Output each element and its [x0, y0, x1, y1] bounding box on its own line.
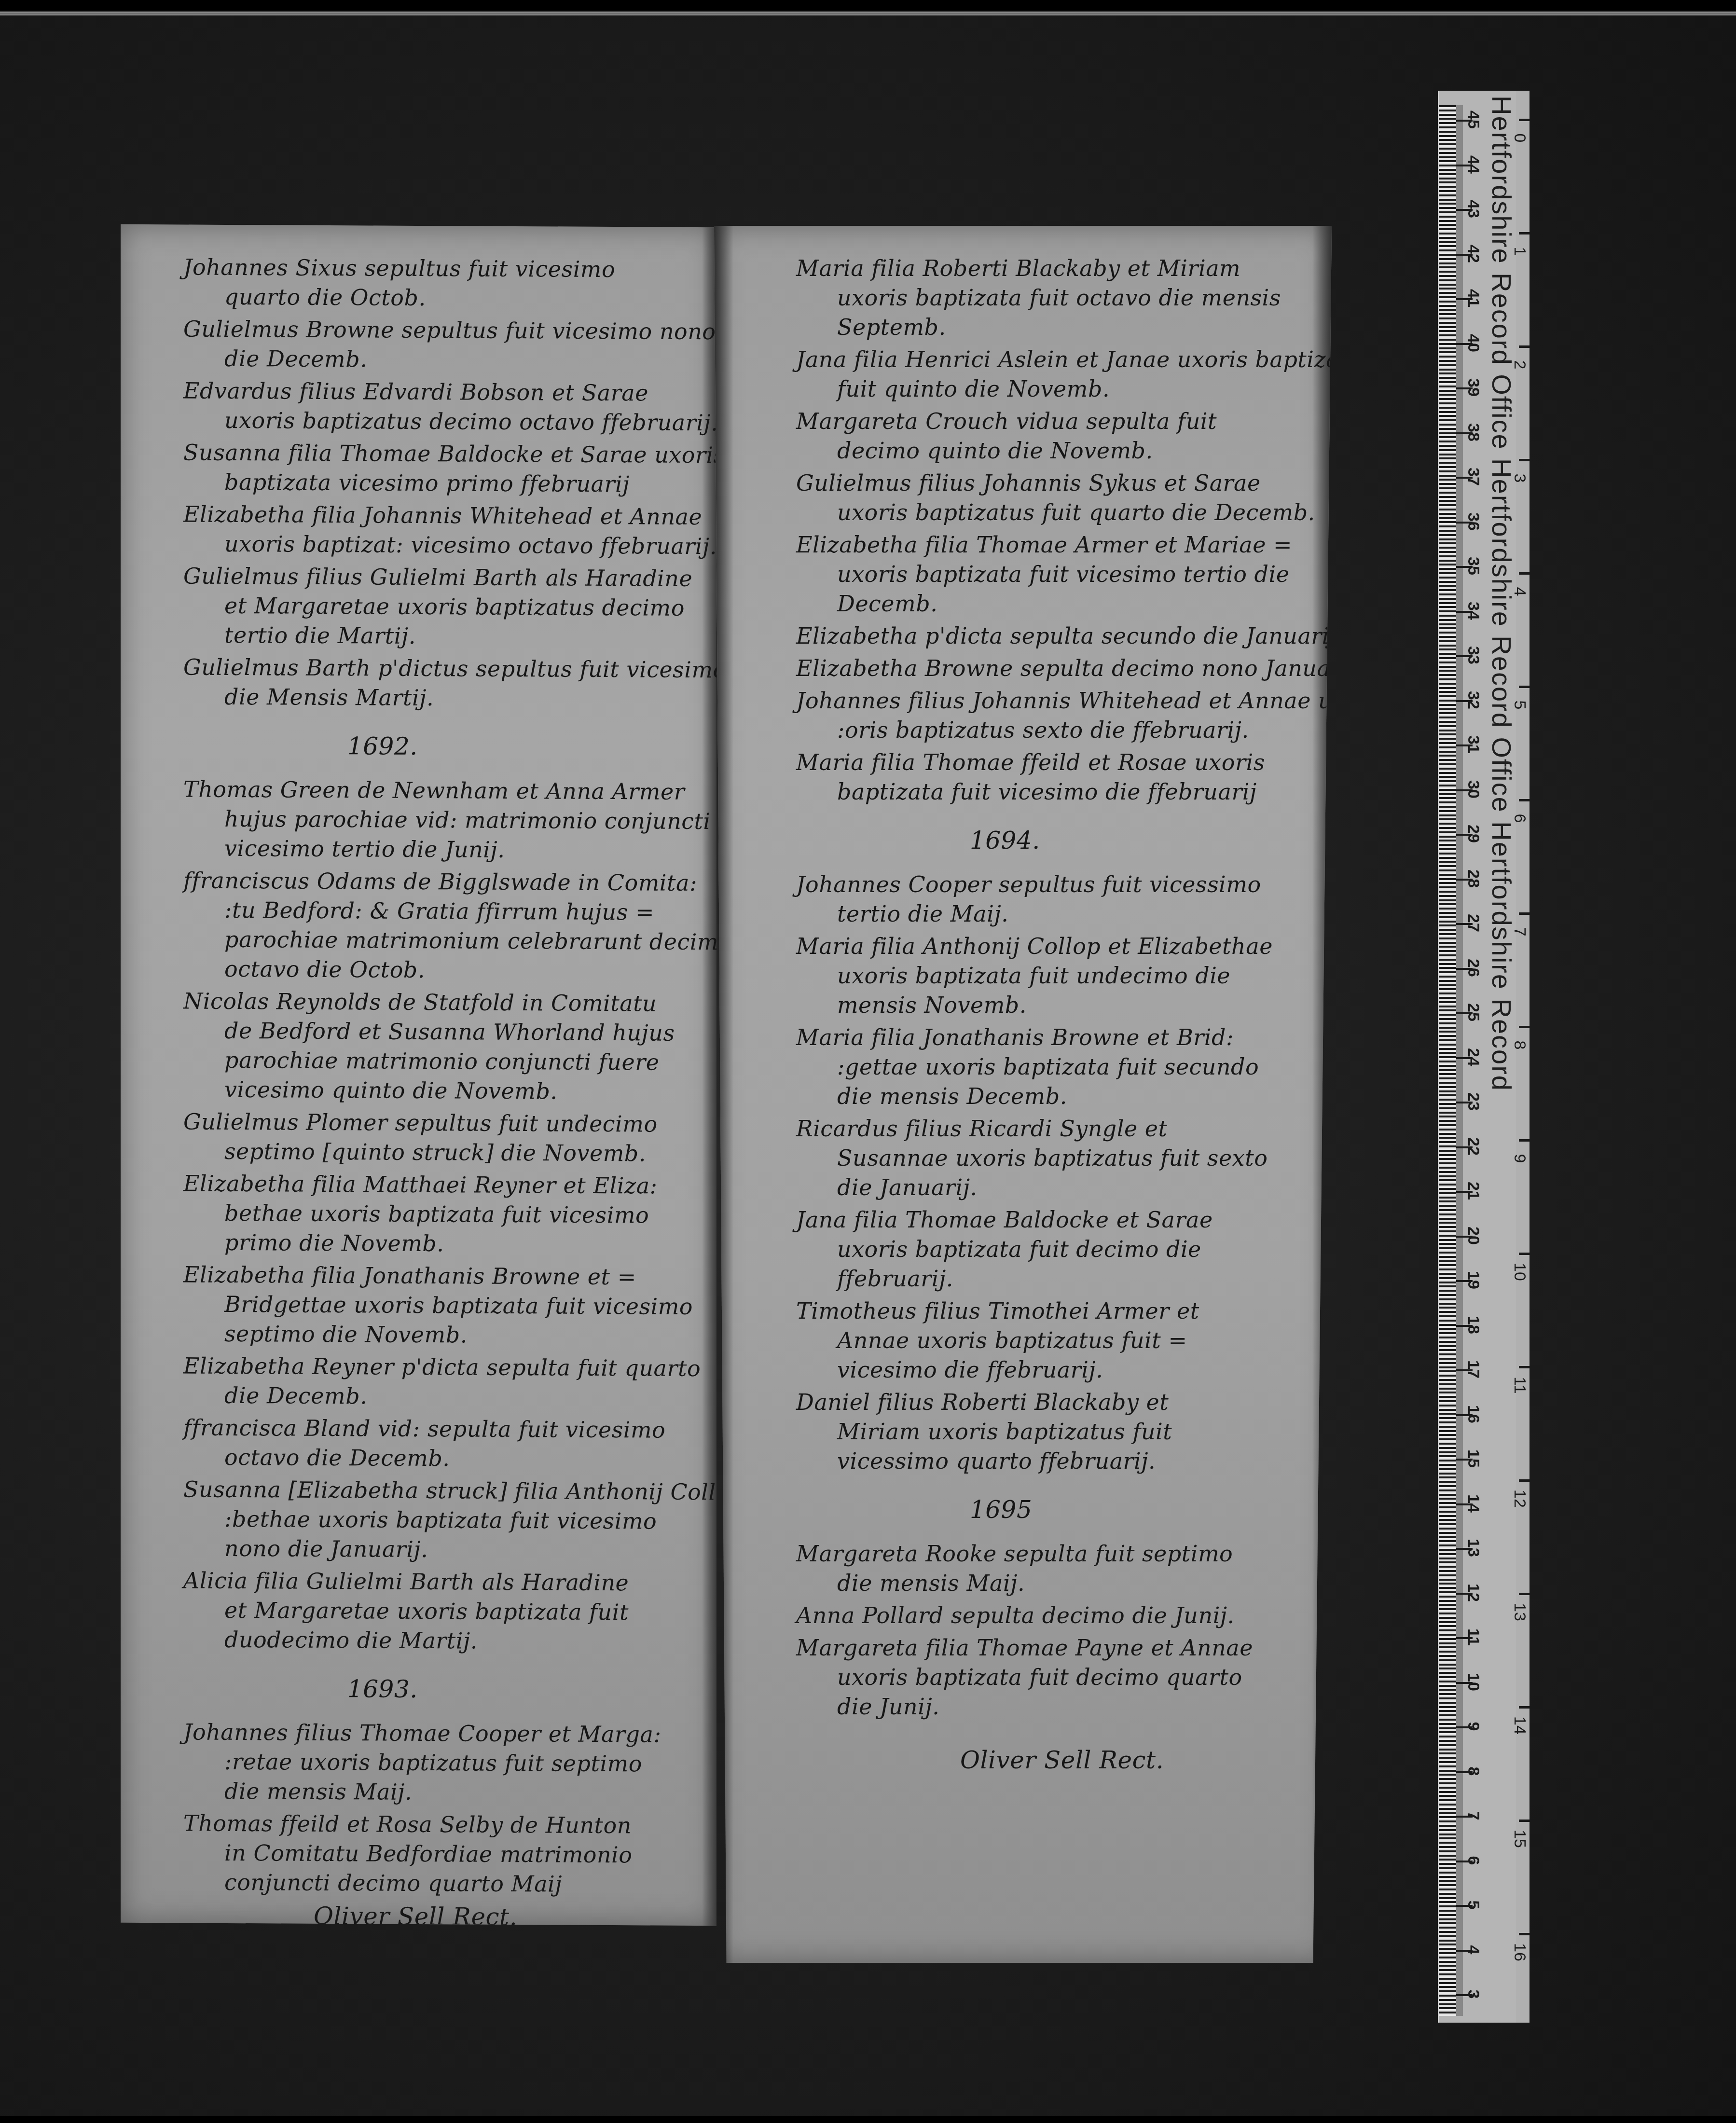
entry-line: die Decemb.: [183, 344, 695, 376]
entry-line: uxoris baptizata fuit vicesimo tertio di…: [796, 560, 1308, 589]
register-entry: Elizabetha filia Jonathanis Browne et =B…: [183, 1260, 695, 1351]
register-entry: Maria filia Roberti Blackaby et Miriamux…: [796, 254, 1308, 342]
entry-line: bethae uxoris baptizata fuit vicesimo: [183, 1198, 695, 1230]
register-entry: Jana filia Henrici Aslein et Janae uxori…: [796, 345, 1308, 404]
register-entry: Gulielmus Plomer sepultus fuit undecimos…: [183, 1107, 695, 1169]
ruler-cm-label: 12: [1464, 1582, 1483, 1603]
ruler-cm-label: 27: [1464, 912, 1483, 934]
register-entry: Gulielmus Barth p'dictus sepultus fuit v…: [183, 652, 695, 714]
entry-line: Maria filia Anthonij Collop et Elizabeth…: [796, 932, 1308, 961]
entry-line: baptizata fuit vicesimo die ffebruarij: [796, 777, 1308, 807]
ruler-inch-tick: [1519, 1479, 1529, 1482]
ruler-inch-tick: [1519, 1706, 1529, 1709]
ruler-cm-label: 44: [1464, 154, 1483, 175]
right-entries-group: Maria filia Roberti Blackaby et Miriamux…: [796, 254, 1308, 807]
ruler-cm-label: 20: [1464, 1225, 1483, 1246]
entry-line: die Mensis Martij.: [183, 682, 695, 714]
entry-line: mensis Novemb.: [796, 991, 1308, 1020]
entry-line: ffrancisca Bland vid: sepulta fuit vices…: [183, 1413, 695, 1445]
ruler-inch-tick: [1519, 912, 1529, 915]
ruler-cm-label: 25: [1464, 1002, 1483, 1023]
left-entries-group: Johannes Sixus sepultus fuit vicesimoqua…: [183, 252, 695, 714]
film-edge-top: [0, 0, 1736, 11]
ruler-inch-label: 5: [1510, 695, 1529, 715]
entry-line: baptizata vicesimo primo ffebruarij: [183, 467, 695, 499]
ruler-inch-tick: [1519, 1253, 1529, 1255]
ruler-inch-tick: [1519, 345, 1529, 348]
entry-line: Edvardus filius Edvardi Bobson et Sarae: [183, 376, 695, 408]
entry-line: Gulielmus Browne sepultus fuit vicesimo …: [183, 314, 695, 346]
ruler-inch-tick: [1519, 232, 1529, 234]
entry-line: parochiae matrimonio conjuncti fuere: [183, 1045, 695, 1077]
entry-line: Johannes Cooper sepultus fuit vicessimo: [796, 870, 1308, 899]
entry-line: Maria filia Roberti Blackaby et Miriam: [796, 254, 1308, 283]
register-entry: Ricardus filius Ricardi Syngle etSusanna…: [796, 1114, 1308, 1202]
register-entry: Susanna [Elizabetha struck] filia Anthon…: [183, 1475, 695, 1566]
ruler-inch-label: 6: [1510, 809, 1529, 828]
ruler-inch-label: 8: [1510, 1035, 1529, 1055]
ruler-inch-label: 10: [1510, 1262, 1529, 1282]
entry-line: :tu Bedford: & Gratia ffirrum hujus =: [183, 895, 695, 927]
ruler-cm-label: 43: [1464, 198, 1483, 220]
ruler-cm-label: 45: [1464, 109, 1483, 130]
ruler-inch-label: 15: [1510, 1829, 1529, 1848]
ruler-shade-band: [1456, 105, 1463, 2016]
entry-line: Decemb.: [796, 589, 1308, 619]
entry-line: Gulielmus Barth p'dictus sepultus fuit v…: [183, 652, 695, 685]
entry-line: Nicolas Reynolds de Statfold in Comitatu: [183, 986, 695, 1019]
measurement-ruler: 4544434241403938373635343332313029282726…: [1438, 91, 1529, 2023]
entry-line: Maria filia Jonathanis Browne et Brid:: [796, 1023, 1308, 1052]
entry-line: Ricardus filius Ricardi Syngle et: [796, 1114, 1308, 1144]
ruler-cm-label: 5: [1464, 1894, 1483, 1916]
entry-line: Johannes filius Johannis Whitehead et An…: [796, 686, 1308, 716]
entry-line: Johannes filius Thomae Cooper et Marga:: [183, 1717, 695, 1750]
register-entry: Nicolas Reynolds de Statfold in Comitatu…: [183, 986, 695, 1107]
ruler-cm-label: 19: [1464, 1269, 1483, 1291]
entry-line: Jana filia Thomae Baldocke et Sarae: [796, 1205, 1308, 1235]
ruler-inch-label: 16: [1510, 1943, 1529, 1962]
ruler-cm-label: 17: [1464, 1359, 1483, 1380]
register-entry: Elizabetha Browne sepulta decimo nono Ja…: [796, 654, 1308, 683]
entry-line: Elizabetha Browne sepulta decimo nono Ja…: [796, 654, 1308, 683]
ruler-cm-label: 3: [1464, 1984, 1483, 2005]
entry-line: die Junij.: [796, 1692, 1308, 1722]
entry-line: Septemb.: [796, 313, 1308, 342]
year-heading-1695: 1695: [796, 1495, 1308, 1525]
ruler-cm-label: 9: [1464, 1716, 1483, 1737]
entry-line: vicesimo quinto die Novemb.: [183, 1075, 695, 1107]
year-heading-1692: 1692.: [183, 731, 695, 763]
entry-line: et Margaretae uxoris baptizatus decimo: [183, 591, 695, 623]
register-entry: Thomas ffeild et Rosa Selby de Huntonin …: [183, 1808, 695, 1900]
register-entry: Daniel filius Roberti Blackaby etMiriam …: [796, 1388, 1308, 1476]
entry-line: uxoris baptizata fuit decimo quarto: [796, 1663, 1308, 1692]
ruler-inch-label: 14: [1510, 1716, 1529, 1735]
register-entry: Elizabetha p'dicta sepulta secundo die J…: [796, 621, 1308, 651]
register-entry: Elizabetha filia Thomae Armer et Mariae …: [796, 530, 1308, 619]
entry-line: Susanna filia Thomae Baldocke et Sarae u…: [183, 438, 695, 470]
register-entry: Johannes Sixus sepultus fuit vicesimoqua…: [183, 252, 695, 314]
entry-line: Timotheus filius Timothei Armer et: [796, 1296, 1308, 1326]
entry-line: Gulielmus Plomer sepultus fuit undecimo: [183, 1107, 695, 1139]
register-entry: Johannes Cooper sepultus fuit vicessimot…: [796, 870, 1308, 929]
entry-line: ffebruarij.: [796, 1264, 1308, 1294]
entry-line: Elizabetha filia Matthaei Reyner et Eliz…: [183, 1169, 695, 1201]
right-entries-1695-group: Margareta Rooke sepulta fuit septimodie …: [796, 1539, 1308, 1722]
entry-line: primo die Novemb.: [183, 1227, 695, 1260]
entry-line: in Comitatu Bedfordiae matrimonio: [183, 1838, 695, 1870]
entry-line: vicessimo quarto ffebruarij.: [796, 1447, 1308, 1476]
ruler-mm-ticks: [1439, 105, 1456, 2016]
entry-line: vicesimo die ffebruarij.: [796, 1355, 1308, 1385]
register-entry: Alicia filia Gulielmi Barth als Haradine…: [183, 1566, 695, 1657]
register-entry: Margareta Rooke sepulta fuit septimodie …: [796, 1539, 1308, 1598]
ruler-inch-label: 12: [1510, 1489, 1529, 1508]
ruler-cm-label: 28: [1464, 868, 1483, 889]
ruler-cm-label: 35: [1464, 555, 1483, 577]
ruler-inch-tick: [1519, 1139, 1529, 1142]
film-edge-line: [0, 12, 1736, 15]
ruler-cm-label: 29: [1464, 823, 1483, 844]
entry-line: Miriam uxoris baptizatus fuit: [796, 1417, 1308, 1447]
entry-line: Elizabetha filia Johannis Whitehead et A…: [183, 499, 695, 532]
ruler-inch-tick: [1519, 1933, 1529, 1935]
entry-line: ffranciscus Odams de Bigglswade in Comit…: [183, 866, 695, 898]
register-entry: Timotheus filius Timothei Armer etAnnae …: [796, 1296, 1308, 1385]
ruler-cm-label: 4: [1464, 1939, 1483, 1960]
ruler-inch-label: 7: [1510, 922, 1529, 941]
entry-line: Thomas Green de Newnham et Anna Armer: [183, 774, 695, 807]
ruler-cm-label: 16: [1464, 1404, 1483, 1425]
entry-line: :gettae uxoris baptizata fuit secundo: [796, 1052, 1308, 1082]
ruler-inch-tick: [1519, 572, 1529, 575]
entry-line: septimo [quinto struck] die Novemb.: [183, 1136, 695, 1169]
entry-line: Elizabetha filia Jonathanis Browne et =: [183, 1260, 695, 1292]
entry-line: uxoris baptizatus fuit quarto die Decemb…: [796, 498, 1308, 527]
ruler-cm-label: 14: [1464, 1493, 1483, 1514]
entry-line: Margareta Crouch vidua sepulta fuit: [796, 407, 1308, 436]
entry-line: uxoris baptizatus decimo octavo ffebruar…: [183, 405, 695, 438]
left-page-text: Johannes Sixus sepultus fuit vicesimoqua…: [183, 252, 695, 1926]
ruler-inch-tick: [1519, 799, 1529, 801]
entry-line: Gulielmus filius Gulielmi Barth als Hara…: [183, 561, 695, 593]
entry-line: decimo quinto die Novemb.: [796, 436, 1308, 466]
register-entry: Maria filia Jonathanis Browne et Brid::g…: [796, 1023, 1308, 1111]
ruler-inch-label: 0: [1510, 128, 1529, 148]
ruler-cm-label: 13: [1464, 1537, 1483, 1558]
register-entry: Susanna filia Thomae Baldocke et Sarae u…: [183, 438, 695, 499]
entry-line: nono die Januarij.: [183, 1533, 695, 1566]
page-fold-shadow: [702, 227, 716, 1926]
register-entry: Gulielmus filius Gulielmi Barth als Hara…: [183, 561, 695, 652]
ruler-inch-tick: [1519, 1593, 1529, 1595]
right-page-text: Maria filia Roberti Blackaby et Miriamux…: [796, 254, 1308, 1775]
entry-line: Elizabetha Reyner p'dicta sepulta fuit q…: [183, 1351, 695, 1383]
entry-line: Daniel filius Roberti Blackaby et: [796, 1388, 1308, 1417]
ruler-inch-label: 9: [1510, 1149, 1529, 1168]
ruler-cm-label: 34: [1464, 600, 1483, 621]
ruler-cm-label: 23: [1464, 1091, 1483, 1112]
entry-line: uxoris baptizata fuit undecimo die: [796, 961, 1308, 991]
entry-line: conjuncti decimo quarto Maij: [183, 1867, 695, 1900]
entry-line: Anna Pollard sepulta decimo die Junij.: [796, 1601, 1308, 1630]
year-heading-1693: 1693.: [183, 1673, 695, 1706]
entry-line: octavo die Decemb.: [183, 1442, 695, 1475]
ruler-cm-label: 31: [1464, 734, 1483, 755]
ruler-cm-label: 18: [1464, 1314, 1483, 1336]
film-edge-bottom: [0, 2116, 1736, 2123]
ruler-inch-tick: [1519, 119, 1529, 121]
ruler-cm-label: 24: [1464, 1047, 1483, 1068]
ruler-cm-label: 36: [1464, 511, 1483, 532]
register-entry: Jana filia Thomae Baldocke et Saraeuxori…: [796, 1205, 1308, 1294]
entry-line: die mensis Decemb.: [796, 1082, 1308, 1111]
ruler-cm-label: 11: [1464, 1627, 1483, 1648]
ruler-cm-label: 33: [1464, 645, 1483, 666]
ruler-cm-label: 30: [1464, 779, 1483, 800]
entry-line: Bridgettae uxoris baptizata fuit vicesim…: [183, 1289, 695, 1322]
ruler-inch-tick: [1519, 686, 1529, 688]
ruler-inch-tick: [1519, 1026, 1529, 1028]
entry-line: tertio die Maij.: [796, 899, 1308, 929]
entry-line: :oris baptizatus sexto die ffebruarij.: [796, 716, 1308, 745]
ruler-inch-tick: [1519, 1366, 1529, 1368]
entry-line: die Decemb.: [183, 1380, 695, 1413]
entry-line: Maria filia Thomae ffeild et Rosae uxori…: [796, 748, 1308, 777]
ruler-cm-label: 37: [1464, 466, 1483, 487]
register-page-left: Johannes Sixus sepultus fuit vicesimoqua…: [121, 224, 716, 1926]
entry-line: octavo die Octob.: [183, 954, 695, 986]
entry-line: hujus parochiae vid: matrimonio conjunct…: [183, 804, 695, 836]
register-entry: Elizabetha filia Johannis Whitehead et A…: [183, 499, 695, 561]
register-entry: Gulielmus Browne sepultus fuit vicesimo …: [183, 314, 695, 376]
register-entry: Gulielmus filius Johannis Sykus et Sarae…: [796, 469, 1308, 527]
register-entry: Johannes filius Johannis Whitehead et An…: [796, 686, 1308, 745]
ruler-cm-label: 7: [1464, 1805, 1483, 1826]
entry-line: Gulielmus filius Johannis Sykus et Sarae: [796, 469, 1308, 498]
ruler-cm-label: 21: [1464, 1180, 1483, 1201]
entry-line: Alicia filia Gulielmi Barth als Haradine: [183, 1566, 695, 1598]
right-entries-1694-group: Johannes Cooper sepultus fuit vicessimot…: [796, 870, 1308, 1476]
ruler-inch-label: 2: [1510, 355, 1529, 374]
ruler-inch-label: 1: [1510, 242, 1529, 261]
register-entry: Maria filia Anthonij Collop et Elizabeth…: [796, 932, 1308, 1020]
left-entries-1692-group: Thomas Green de Newnham et Anna Armerhuj…: [183, 774, 695, 1657]
register-entry: Margareta filia Thomae Payne et Annaeuxo…: [796, 1633, 1308, 1722]
ruler-cm-label: 8: [1464, 1761, 1483, 1782]
entry-line: Johannes Sixus sepultus fuit vicesimo: [183, 252, 695, 285]
entry-line: die mensis Maij.: [183, 1776, 695, 1808]
entry-line: Elizabetha p'dicta sepulta secundo die J…: [796, 621, 1308, 651]
register-entry: Elizabetha filia Matthaei Reyner et Eliz…: [183, 1169, 695, 1260]
ruler-cm-label: 10: [1464, 1671, 1483, 1693]
register-entry: Anna Pollard sepulta decimo die Junij.: [796, 1601, 1308, 1630]
entry-line: uxoris baptizata fuit octavo die mensis: [796, 283, 1308, 313]
register-entry: Thomas Green de Newnham et Anna Armerhuj…: [183, 774, 695, 866]
ruler-cm-label: 38: [1464, 422, 1483, 443]
ruler-cm-label: 6: [1464, 1850, 1483, 1871]
entry-line: tertio die Martij.: [183, 620, 695, 652]
entry-line: parochiae matrimonium celebrarunt decimo: [183, 924, 695, 957]
ruler-inch-label: 13: [1510, 1602, 1529, 1622]
entry-line: Elizabetha filia Thomae Armer et Mariae …: [796, 530, 1308, 560]
ruler-inch-tick: [1519, 1820, 1529, 1822]
register-entry: Maria filia Thomae ffeild et Rosae uxori…: [796, 748, 1308, 807]
ruler-cm-label: 39: [1464, 377, 1483, 398]
rector-signature-right: Oliver Sell Rect.: [796, 1746, 1308, 1775]
ruler-cm-label: 26: [1464, 957, 1483, 979]
register-entry: Edvardus filius Edvardi Bobson et Saraeu…: [183, 376, 695, 438]
entry-line: quarto die Octob.: [183, 282, 695, 314]
entry-line: Susannae uxoris baptizatus fuit sexto: [796, 1144, 1308, 1173]
entry-line: :bethae uxoris baptizata fuit vicesimo: [183, 1504, 695, 1536]
register-entry: Elizabetha Reyner p'dicta sepulta fuit q…: [183, 1351, 695, 1413]
register-entry: Johannes filius Thomae Cooper et Marga::…: [183, 1717, 695, 1808]
entry-line: Thomas ffeild et Rosa Selby de Hunton: [183, 1808, 695, 1841]
entry-line: Susanna [Elizabetha struck] filia Anthon…: [183, 1475, 695, 1507]
ruler-cm-label: 32: [1464, 689, 1483, 711]
entry-line: uxoris baptizat: vicesimo octavo ffebrua…: [183, 529, 695, 561]
entry-line: die Januarij.: [796, 1173, 1308, 1202]
entry-line: :retae uxoris baptizatus fuit septimo: [183, 1747, 695, 1779]
register-entry: ffranciscus Odams de Bigglswade in Comit…: [183, 866, 695, 986]
entry-line: Annae uxoris baptizatus fuit =: [796, 1326, 1308, 1355]
left-entries-1693-group: Johannes filius Thomae Cooper et Marga::…: [183, 1717, 695, 1900]
entry-line: de Bedford et Susanna Whorland hujus: [183, 1016, 695, 1048]
entry-line: uxoris baptizata fuit decimo die: [796, 1235, 1308, 1264]
entry-line: duodecimo die Martij.: [183, 1625, 695, 1657]
rector-signature-left: Oliver Sell Rect.: [183, 1901, 695, 1926]
ruler-inch-label: 3: [1510, 469, 1529, 488]
register-entry: Margareta Crouch vidua sepulta fuitdecim…: [796, 407, 1308, 466]
entry-line: vicesimo tertio die Junij.: [183, 833, 695, 866]
entry-line: Margareta Rooke sepulta fuit septimo: [796, 1539, 1308, 1569]
ruler-inch-tick: [1519, 459, 1529, 461]
entry-line: septimo die Novemb.: [183, 1319, 695, 1351]
entry-line: et Margaretae uxoris baptizata fuit: [183, 1595, 695, 1627]
year-heading-1694: 1694.: [796, 826, 1308, 855]
ruler-inch-label: 11: [1510, 1376, 1529, 1395]
ruler-cm-label: 40: [1464, 332, 1483, 354]
register-entry: ffrancisca Bland vid: sepulta fuit vices…: [183, 1413, 695, 1475]
ruler-inch-label: 4: [1510, 582, 1529, 601]
ruler-cm-label: 22: [1464, 1136, 1483, 1157]
entry-line: fuit quinto die Novemb.: [796, 374, 1308, 404]
ruler-cm-label: 42: [1464, 243, 1483, 264]
entry-line: Margareta filia Thomae Payne et Annae: [796, 1633, 1308, 1663]
ruler-cm-label: 15: [1464, 1448, 1483, 1469]
register-page-right: Maria filia Roberti Blackaby et Miriamux…: [714, 226, 1332, 1963]
entry-line: die mensis Maij.: [796, 1569, 1308, 1598]
entry-line: Jana filia Henrici Aslein et Janae uxori…: [796, 345, 1308, 374]
ruler-cm-label: 41: [1464, 288, 1483, 309]
